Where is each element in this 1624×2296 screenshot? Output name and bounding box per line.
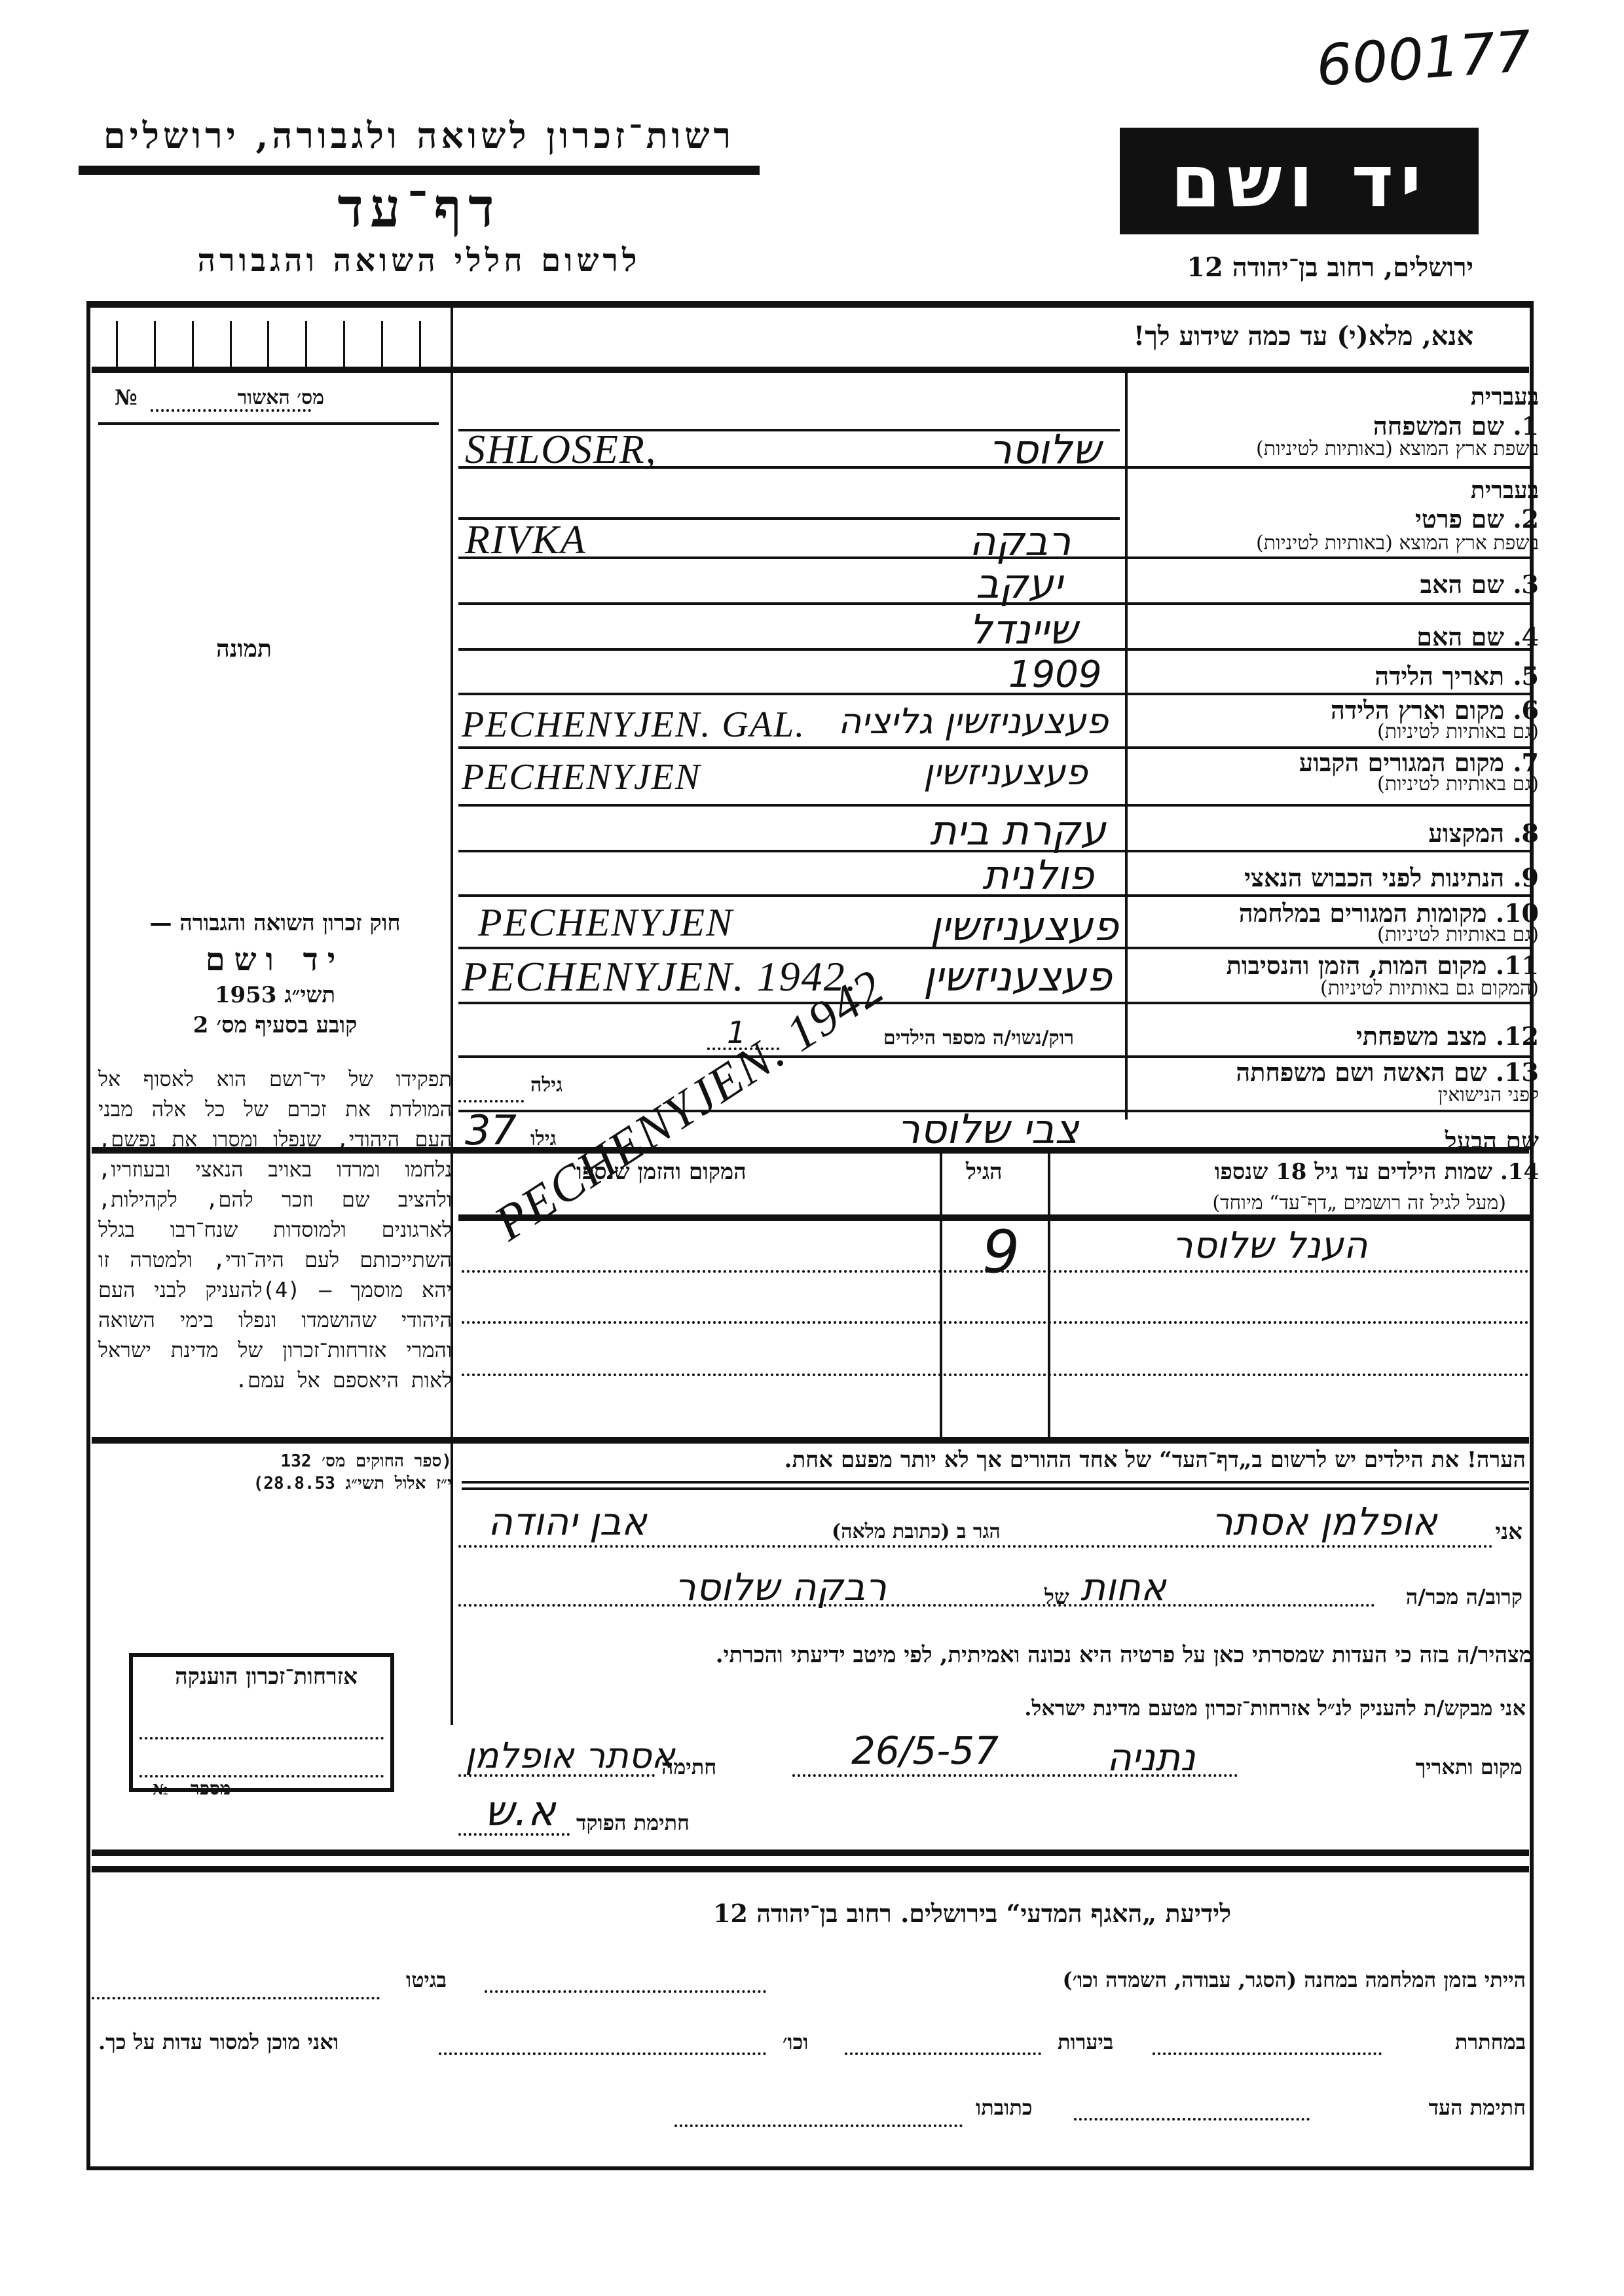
first-name-latin[interactable]: RIVKA xyxy=(465,517,587,564)
memorial-citizenship-box: אזרחות־זכרון הוענקה № מספר xyxy=(129,1653,394,1792)
organization-title: רשות־זכרון לשואה ולגבורה, ירושלים xyxy=(79,115,760,175)
page-title: דף־עד xyxy=(79,177,760,240)
label-official-signature: חתימת הפוקד xyxy=(576,1810,690,1835)
label-wife-name-sub: לפני הנישואין xyxy=(1438,1084,1539,1106)
info-forests-field[interactable] xyxy=(845,2052,1041,2055)
info-line1: הייתי בזמן המלחמה במחנה (הסגר, עבודה, הש… xyxy=(1062,1967,1526,1992)
place-date-line xyxy=(792,1774,1238,1777)
relation-line xyxy=(458,1604,1375,1607)
label-first-name-sub: בשפת ארץ המוצא (באותיות לטיניות) xyxy=(1256,532,1539,555)
label-wartime-residence-sub: (גם באותיות לטיניות) xyxy=(1377,923,1539,946)
child-row-line xyxy=(462,1374,1529,1376)
divider xyxy=(462,1487,1529,1490)
label-birth-place-sub: (גם באותיות לטיניות) xyxy=(1377,720,1539,743)
declarant-name[interactable]: אופלמן אסתר xyxy=(1211,1499,1437,1544)
law-text: תפקידו של יד־ושם הוא לאסוף אל המולדת את … xyxy=(98,1064,452,1395)
birth-place-latin[interactable]: PECHENYJEN. GAL. xyxy=(462,704,805,746)
law-name: יד ושם xyxy=(98,941,452,978)
info-address: כתובתו xyxy=(976,2095,1032,2120)
family-name-hebrew[interactable]: שלוסר xyxy=(989,426,1101,473)
label-place-date: מקום ותאריך xyxy=(1416,1755,1522,1779)
divider xyxy=(462,1481,1529,1484)
label-divider xyxy=(1125,370,1128,1120)
death-place-hebrew[interactable]: פעצעניזשין xyxy=(923,953,1112,1000)
info-underground-field[interactable] xyxy=(1153,2052,1382,2055)
memorial-number-label: מספר xyxy=(191,1777,231,1800)
children-age-header: הגיל xyxy=(966,1159,1003,1185)
note: הערה! את הילדים יש לרשום ב„דף־העד“ של אח… xyxy=(784,1447,1526,1473)
divider xyxy=(92,1866,1529,1872)
divider xyxy=(92,1437,1529,1444)
label-wife-age: גילה xyxy=(530,1074,563,1097)
law-section: קובע בסעיף מס׳ 2 xyxy=(98,1012,452,1038)
label-hebrew-1: בעברית xyxy=(1471,383,1539,410)
signature-value[interactable]: אסתר אופלמן xyxy=(465,1735,675,1776)
children-names-header-sub: (מעל לגיל זה רושמים „דף־עד“ מיוחד) xyxy=(1212,1192,1506,1214)
declaration-text: מצהיר/ה בזה כי העדות שמסרתי כאן על פרטיה… xyxy=(716,1642,1532,1668)
child-age[interactable]: 9 xyxy=(982,1218,1020,1286)
line xyxy=(458,1002,1532,1004)
citizenship[interactable]: פולנית xyxy=(982,851,1094,899)
label-children-count: רוק/נשוי/ה מספר הילדים xyxy=(883,1027,1074,1049)
info-witness-signature: חתימת העד xyxy=(1429,2095,1526,2120)
wartime-residence-hebrew[interactable]: פעצעניזשין xyxy=(930,902,1118,950)
info-line2-end: ואני מוכן למסור עדות על כך. xyxy=(98,2030,339,2054)
divider xyxy=(92,1850,1529,1856)
label-first-name: 2. שם פרטי xyxy=(1415,504,1539,534)
info-underground: במחתרת xyxy=(1455,2030,1526,2054)
request-text: אני מבקש/ת להעניק לנ״ל אזרחות־זכרון מטעם… xyxy=(1024,1696,1526,1721)
declarant-address[interactable]: אבן יהודה xyxy=(488,1499,647,1544)
info-line1-end: בגיטו xyxy=(406,1967,447,1992)
signature-date[interactable]: 26/5-57 xyxy=(851,1728,999,1773)
wartime-residence-latin[interactable]: PECHENYJEN xyxy=(478,900,733,945)
family-name-latin[interactable]: SHLOSER, xyxy=(465,427,657,473)
birth-date[interactable]: 1909 xyxy=(1008,653,1102,696)
label-citizenship: 9. הנתינות לפני הכבוש הנאצי xyxy=(1244,863,1539,893)
approval-no-sign: № xyxy=(115,385,138,410)
label-hebrew-2: בעברית xyxy=(1471,477,1539,504)
info-etc: וכו׳ xyxy=(783,2030,808,2054)
label-profession: 8. המקצוע xyxy=(1428,818,1539,848)
label-relation: קרוב/ה מכר/ה xyxy=(1406,1584,1522,1609)
law-title: חוק זכרון השואה והגבורה — xyxy=(98,910,452,936)
instruction: אנא, מלא(י) עד כמה שידוע לך! xyxy=(1134,321,1473,352)
info-etc-field[interactable] xyxy=(439,2052,766,2055)
wife-age-field[interactable] xyxy=(458,1100,524,1102)
birth-place-hebrew[interactable]: פעצעניזשין גליציה xyxy=(838,701,1108,742)
law-year: תשי״ג 1953 xyxy=(98,982,452,1008)
index-ticks xyxy=(98,321,439,367)
archive-number: 600177 xyxy=(1314,19,1533,100)
logo-text: יד ושם xyxy=(1170,139,1428,223)
info-ghetto-field[interactable] xyxy=(92,1997,380,1999)
info-line1-field[interactable] xyxy=(485,1990,766,1993)
memorial-no-sign: № xyxy=(153,1781,168,1798)
info-address-field[interactable] xyxy=(674,2124,963,2127)
profession[interactable]: עקרת בית xyxy=(930,807,1106,854)
death-place-latin[interactable]: PECHENYJEN. 1942. xyxy=(462,953,858,1001)
label-resides: הגר ב (כתובת מלאה) xyxy=(832,1520,1001,1543)
label-father-name: 3. שם האב xyxy=(1420,570,1539,600)
label-family-name-sub: בשפת ארץ המוצא (באותיות לטיניות) xyxy=(1256,437,1539,460)
yad-vashem-logo: יד ושם xyxy=(1120,128,1479,234)
residence-hebrew[interactable]: פעצעניזשין xyxy=(923,752,1088,793)
child-row-line xyxy=(462,1321,1529,1324)
signature-place[interactable]: נתניה xyxy=(1107,1735,1195,1779)
info-section-title: לידיעת „האגף המדעי“ בירושלים. רחוב בן־יה… xyxy=(713,1899,1231,1929)
children-names-header: 14. שמות הילדים עד גיל 18 שנספו xyxy=(1215,1159,1539,1185)
residence-latin[interactable]: PECHENYJEN xyxy=(462,756,701,798)
divider xyxy=(98,422,439,425)
info-forests: ביערות xyxy=(1058,2030,1113,2054)
mother-name[interactable]: שיינדל xyxy=(969,606,1078,653)
photo-placeholder: תמונה xyxy=(216,635,272,663)
relation-value[interactable]: אחות xyxy=(1080,1565,1166,1609)
relation-of-value[interactable]: רבקה שלוסר xyxy=(674,1565,887,1609)
father-name[interactable]: יעקב xyxy=(976,560,1063,608)
signature-line xyxy=(458,1774,655,1777)
memorial-box-title: אזרחות־זכרון הוענקה xyxy=(175,1664,358,1690)
law-block: חוק זכרון השואה והגבורה — יד ושם תשי״ג 1… xyxy=(98,910,452,1038)
law-reference: (ספר החוקים מס׳ 132 י״ז אלול תשי״ג 28.8.… xyxy=(98,1450,452,1495)
label-residence-sub: (גם באותיות לטיניות) xyxy=(1377,773,1539,795)
children-col-divider xyxy=(1048,1149,1050,1437)
info-witness-signature-field[interactable] xyxy=(1074,2118,1310,2121)
declarant-line xyxy=(458,1545,1493,1548)
label-marital-status: 12. מצב משפחתי xyxy=(1356,1021,1539,1051)
address: ירושלים, רחוב בן־יהודה 12 xyxy=(1113,252,1473,283)
label-i: אני xyxy=(1495,1519,1522,1545)
approval-label: מס׳ האשור xyxy=(238,386,324,409)
husband-name[interactable]: צבי שלוסר xyxy=(897,1105,1079,1153)
approval-number-field[interactable] xyxy=(151,409,311,412)
page-subtitle: לרשום חללי השואה והגבורה xyxy=(79,242,760,279)
official-signature[interactable]: א.ש xyxy=(485,1787,555,1836)
label-birth-date: 5. תאריך הלידה xyxy=(1375,661,1539,691)
child-name[interactable]: הענל שלוסר xyxy=(1172,1224,1367,1267)
first-name-hebrew[interactable]: רבקה xyxy=(969,517,1071,565)
children-col-divider xyxy=(940,1149,942,1437)
label-death-place-sub: (המקום גם באותיות לטיניות) xyxy=(1320,977,1539,1000)
divider xyxy=(92,367,1529,373)
official-signature-line xyxy=(458,1833,570,1836)
